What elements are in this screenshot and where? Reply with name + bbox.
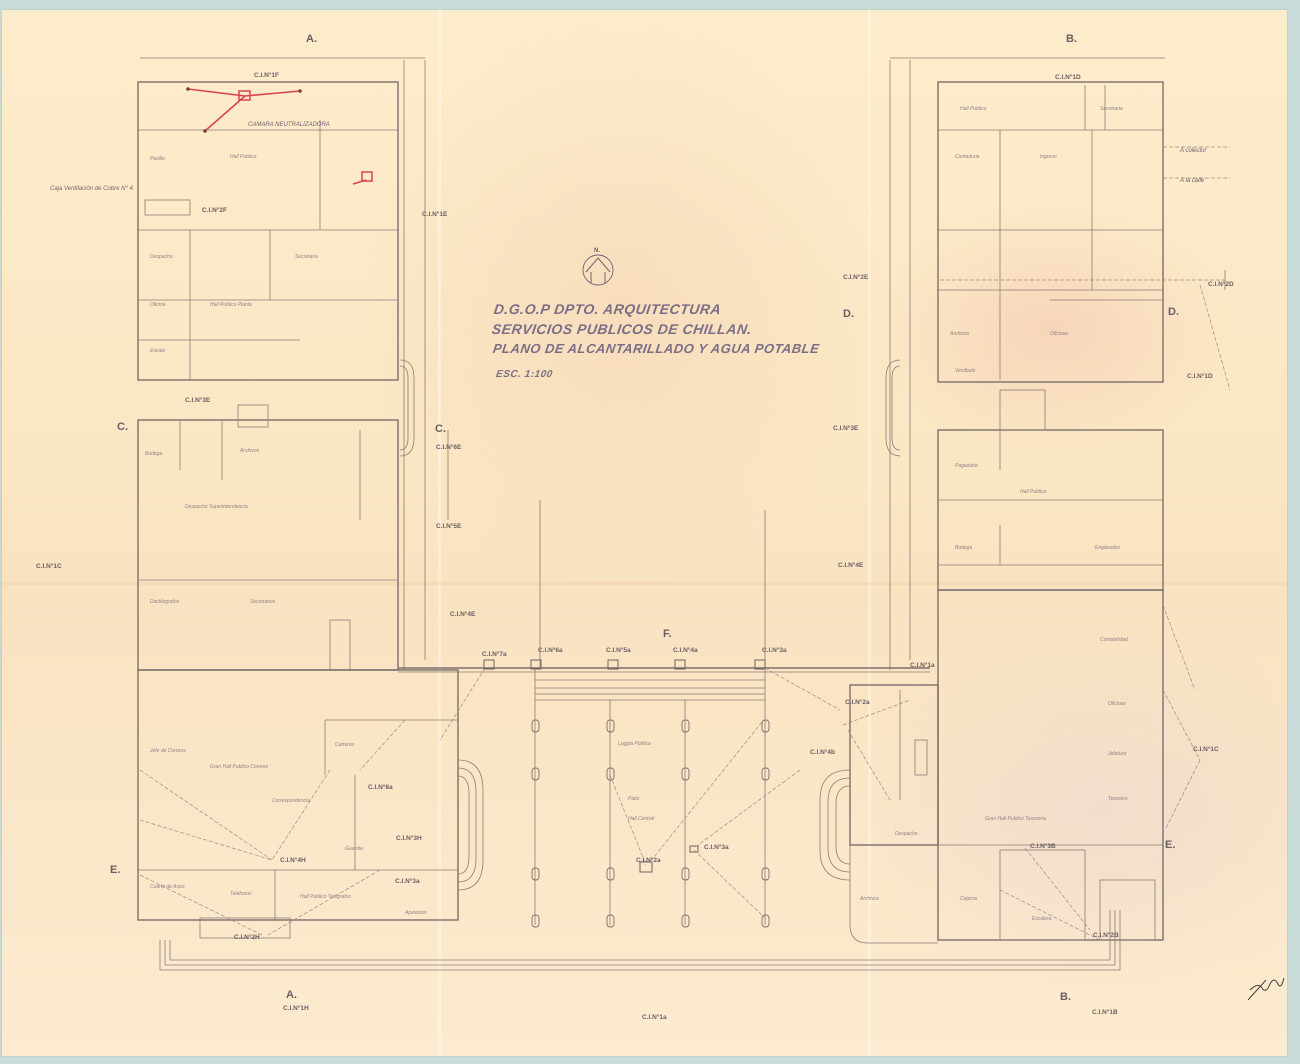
room-label: Hall Publico (960, 106, 987, 112)
chamber-label: C.I.N°1D (1055, 73, 1081, 81)
scale-label: ESC. 1:100 (495, 369, 553, 380)
chamber-label: C.I.N°1D (1187, 372, 1213, 380)
room-label: Tesorero (1108, 796, 1128, 802)
floor-plan-drawing: A. B. C. C. D. D. E. E. F. A. B. N. C.I.… (0, 0, 1300, 1064)
chamber-label: C.I.N°2H (234, 933, 260, 941)
chamber-label: C.I.N°4a (673, 646, 698, 654)
room-label: Loggia Pública (618, 741, 651, 747)
left-lower-block (138, 360, 483, 938)
chamber-label: C.I.N°1C (1193, 745, 1219, 753)
room-label: Archivos (859, 896, 880, 902)
annotation-caja: Caja Ventilación de Cobre N° 4 (50, 186, 134, 192)
room-label: Empleados (1095, 545, 1121, 551)
room-label: Pagaduria (955, 463, 978, 469)
chamber-label: C.I.N°6E (436, 443, 462, 451)
chamber-label: C.I.N°2D (1208, 280, 1234, 288)
room-label: Jefatura (1107, 751, 1126, 757)
chamber-label: C.I.N°8a (368, 783, 393, 791)
room-label: Contabilidad (1100, 637, 1128, 643)
room-label: Archivos (239, 448, 260, 454)
room-label: Gran Hall Publico Correos (210, 764, 269, 770)
room-label: Hall Central (628, 816, 655, 822)
room-label: Patio (628, 796, 640, 802)
red-sewer-lines (186, 87, 372, 184)
chamber-label: C.I.N°6a (538, 646, 563, 654)
chamber-label: C.I.N°5E (436, 522, 462, 530)
title-line-1: D.G.O.P DPTO. ARQUITECTURA (493, 301, 722, 317)
chamber-label: C.I.N°2a (845, 698, 870, 706)
chamber-label: C.I.N°2B (1093, 931, 1119, 939)
room-label: Apelacion (404, 910, 427, 916)
axis-label-e-right: E. (1165, 839, 1175, 851)
annotation-camara: CAMARA NEUTRALIZADORA (248, 122, 330, 128)
room-label: Oficinas (1108, 701, 1127, 707)
chamber-label: C.I.N°1H (283, 1004, 309, 1012)
room-label: Oficina (150, 302, 166, 308)
room-label: Hall Publico (1020, 489, 1047, 495)
room-label: Cuarto de Aseo (150, 884, 185, 890)
chamber-label: C.I.N°2F (202, 206, 227, 214)
annotation-calle: A la calle (1179, 178, 1205, 184)
room-label: Hall Publico Planta (210, 302, 252, 308)
room-label: Despacho (150, 254, 173, 260)
signature-mark (1248, 978, 1284, 1000)
room-label: Pasillo (150, 156, 165, 162)
room-label: Secretaria (1100, 106, 1123, 112)
axis-label-d-right: D. (1168, 306, 1179, 318)
room-label: Telefonos (230, 891, 252, 897)
chamber-label: C.I.N°4H (280, 856, 306, 864)
title-line-3: PLANO DE ALCANTARILLADO Y AGUA POTABLE (492, 341, 821, 356)
room-label: Bodega (955, 545, 972, 551)
room-label: Cajeros (960, 896, 978, 902)
chamber-label: C.I.N°2a (636, 856, 661, 864)
chamber-label: C.I.N°3E (833, 424, 859, 432)
chamber-label: C.I.N°3H (396, 834, 422, 842)
room-label: Ingreso (1040, 154, 1057, 160)
chamber-label: C.I.N°2E (843, 273, 869, 281)
axis-label-a-bottom: A. (286, 989, 297, 1001)
room-label: Hall Publico Telegrafos (300, 894, 351, 900)
chamber-label: C.I.N°1F (254, 71, 279, 79)
title-line-2: SERVICIOS PUBLICOS DE CHILLAN. (491, 321, 753, 337)
chamber-label: C.I.N°4b (810, 748, 835, 756)
chamber-label: C.I.N°1a (642, 1013, 667, 1021)
chamber-label: C.I.N°3a (395, 877, 420, 885)
chamber-label: C.I.N°4E (838, 561, 864, 569)
room-label: Gran Hall Publico Tesoreria (985, 816, 1046, 822)
axis-label-d-left: D. (843, 308, 854, 320)
room-label: Bodega (145, 451, 162, 457)
axis-label-c-left: C. (117, 421, 128, 433)
room-label: Archivos (949, 331, 970, 337)
chamber-label: C.I.N°3E (185, 396, 211, 404)
north-arrow (583, 255, 613, 285)
axis-label-e-left: E. (110, 864, 120, 876)
axis-label-f: F. (663, 628, 672, 640)
central-block (160, 430, 1120, 970)
room-label: Oficinas (1050, 331, 1069, 337)
room-label: Despacho Superintendencia (185, 504, 248, 510)
room-label: Secretarios (250, 599, 276, 605)
room-label: Dactilografos (150, 599, 180, 605)
chamber-label: C.I.N°4E (450, 610, 476, 618)
chamber-label: C.I.N°1B (1092, 1008, 1118, 1016)
chamber-label: C.I.N°1C (36, 562, 62, 570)
left-upper-block (138, 58, 425, 670)
axis-label-b-top: B. (1066, 33, 1077, 45)
room-label: Despacho (895, 831, 918, 837)
chamber-label: C.I.N°1E (422, 210, 448, 218)
room-label: Secretaria (295, 254, 318, 260)
axis-label-a-top: A. (306, 33, 317, 45)
chamber-label: C.I.N°3B (1030, 842, 1056, 850)
room-label: Correspondencia (272, 798, 310, 804)
chamber-label: C.I.N°3a (762, 646, 787, 654)
axis-label-c-right: C. (435, 423, 446, 435)
chamber-label: C.I.N°1a (910, 661, 935, 669)
annotation-colector: A colector (1179, 148, 1207, 154)
room-label: Vestibulo (955, 368, 976, 374)
room-label: Escalera (1032, 916, 1052, 922)
chamber-label: C.I.N°5a (606, 646, 631, 654)
north-label: N. (594, 248, 600, 254)
room-label: Guardia (345, 846, 363, 852)
room-label: Hall Publico (230, 154, 257, 160)
room-label: Jefe de Correos (149, 748, 186, 754)
room-label: Contaduria (955, 154, 980, 160)
right-lower-block (820, 390, 1200, 943)
chamber-label: C.I.N°3a (704, 843, 729, 851)
axis-label-b-bottom: B. (1060, 991, 1071, 1003)
chamber-label: C.I.N°7a (482, 650, 507, 658)
room-label: Escala (150, 348, 165, 354)
room-label: Carteros (335, 742, 355, 748)
